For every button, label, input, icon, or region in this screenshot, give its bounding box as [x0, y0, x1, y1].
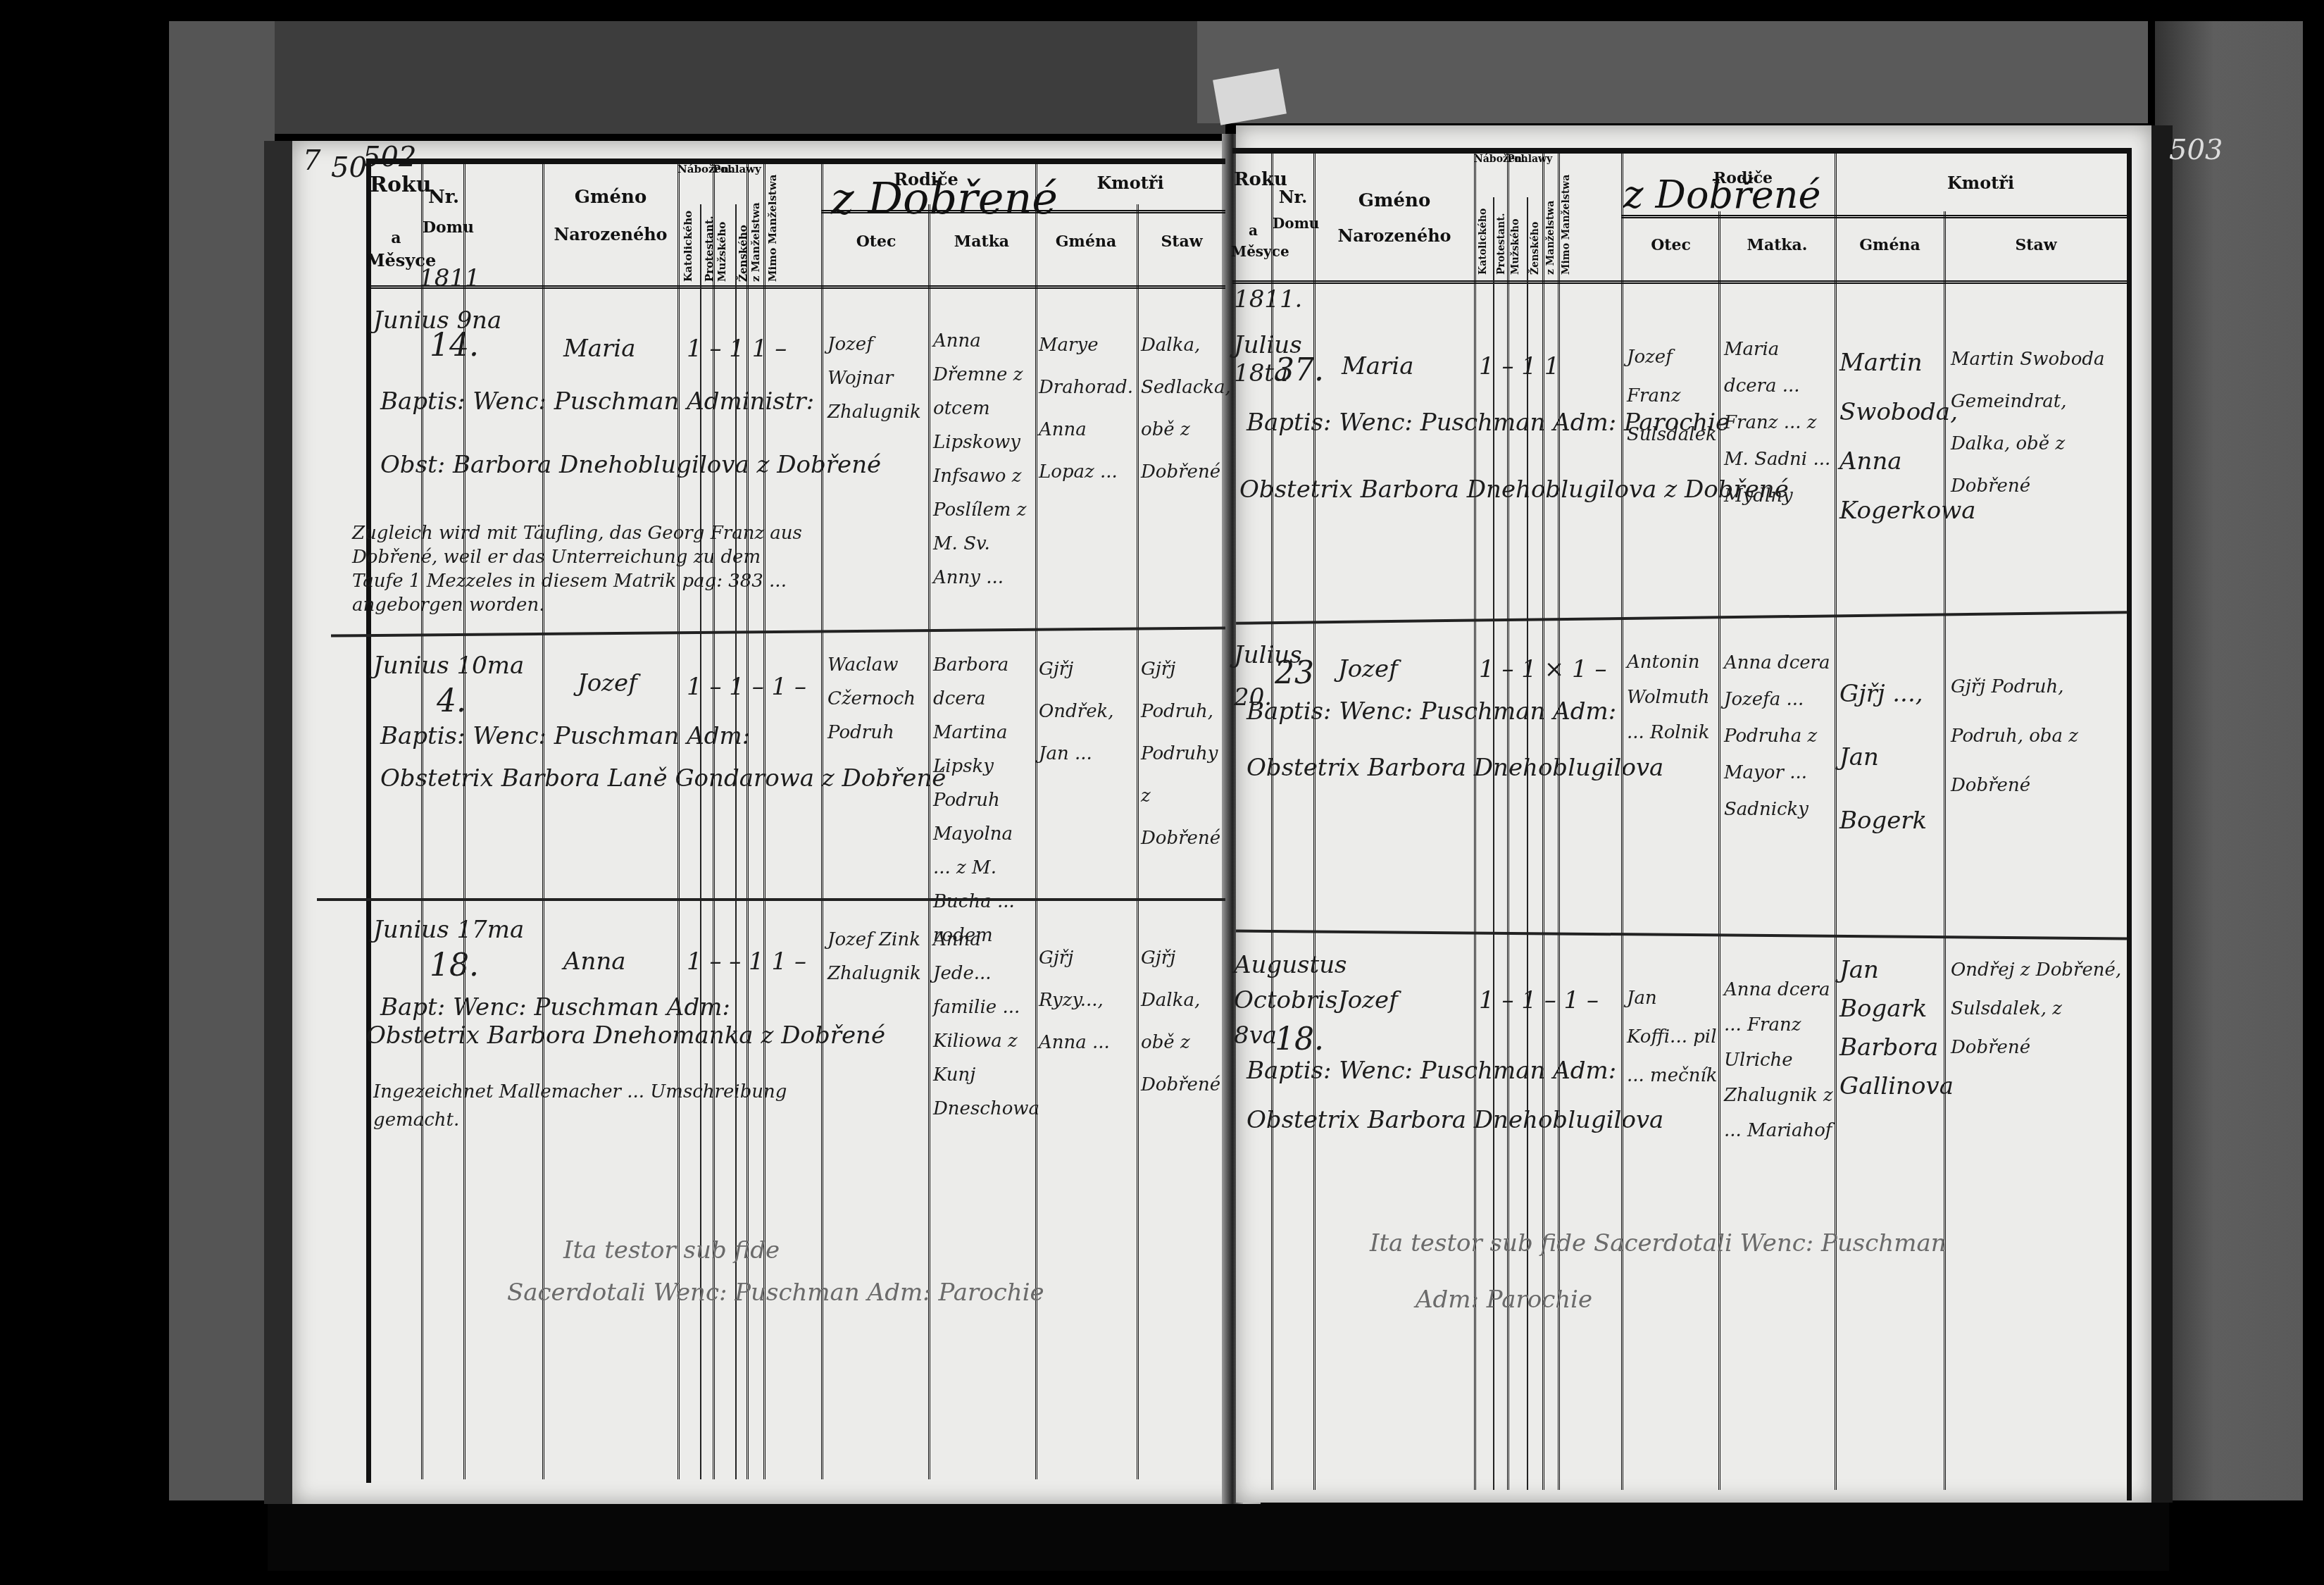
right-frame-line	[2127, 148, 2132, 1500]
header-nr: Nr.	[423, 187, 465, 208]
header-otec: Otec	[1623, 236, 1718, 254]
entry-date: Julius 18ta	[1234, 331, 1273, 387]
entry-name: Anna	[563, 947, 626, 976]
entry-note: Zugleich wird mit Täufling, das Georg Fr…	[352, 521, 803, 617]
header-muzskeho: Mužského	[1510, 204, 1521, 275]
entry-midwife: Obst: Barbora Dnehoblugilova z Dobřené	[380, 451, 881, 479]
entry-mother: Anna Dřemne z otcem Lipskowy Infsawo z P…	[933, 324, 1032, 595]
header-zenskeho: Ženského	[737, 211, 749, 282]
scanner-bed-bottom	[268, 1500, 2169, 1571]
left-frame-line	[366, 158, 371, 1483]
header-pohlawy: Pohlawy	[1507, 154, 1542, 165]
entry-godparents-names: Marye Drahorad. Anna Lopaz ...	[1039, 324, 1134, 493]
header-mesyce: Měsyce	[366, 250, 426, 271]
header-kmotri: Kmotři	[1835, 173, 2127, 193]
entry-date: Junius 10ma	[373, 652, 524, 680]
left-header-top-rule	[368, 158, 1225, 164]
entry-midwife: Obstetrix Barbora Dnehoblugilova z Dobře…	[1239, 475, 1789, 504]
header-staw: Staw	[1138, 232, 1225, 251]
header-gmeno: Gméno	[1315, 190, 1474, 211]
header-protestant: Protestant.	[703, 211, 716, 282]
left-attestation-line-2: Sacerdotali Wenc: Puschman Adm: Parochie	[507, 1279, 1044, 1307]
scanner-bed-top	[275, 21, 1225, 134]
left-attestation-line-1: Ita testor sub fide	[563, 1236, 780, 1264]
entry-baptized-by: Bapt: Wenc: Puschman Adm:	[380, 993, 730, 1021]
header-rodice-handwritten: z Dobřené	[831, 173, 1058, 224]
left-page-number-a: 7	[303, 144, 320, 177]
entry-marks: 1 – 1 1 –	[687, 335, 787, 363]
entry-mother: Maria dcera ... Franz ... z M. Sadni ...…	[1724, 331, 1833, 514]
entry-marks: 1 – 1 – 1 –	[1479, 986, 1599, 1014]
left-header-bottom-rule	[368, 285, 1225, 289]
entry-godparents-names: Gjřj Ryzy..., Anna ...	[1039, 937, 1134, 1064]
entry-house: 18.	[430, 947, 479, 983]
right-attestation-line-2: Adm: Parochie	[1416, 1286, 1592, 1314]
header-nabozen: Nábožen.	[1474, 154, 1507, 165]
left-page-number-b: 50	[331, 151, 367, 184]
col-divider	[1137, 204, 1139, 1479]
entry-midwife: Obstetrix Barbora Laně Gondarowa z Dobře…	[380, 764, 946, 792]
header-mesyce: Měsyce	[1231, 243, 1275, 260]
header-domu: Domu	[1273, 215, 1313, 232]
header-katolickeho: Katolického	[682, 211, 694, 282]
header-roku: Roku	[370, 173, 423, 197]
header-narozeneho: Narozeného	[544, 224, 677, 244]
col-divider	[1835, 151, 1837, 1490]
entry-father: Jozef Franz Sulsdalek	[1627, 338, 1718, 454]
left-year: 1811	[419, 264, 480, 292]
right-header-top-rule	[1232, 148, 2127, 154]
header-rodice-handwritten: z Dobřené	[1623, 173, 1821, 217]
entry-baptized-by: Baptis: Wenc: Puschman Adm:	[1247, 1057, 1616, 1085]
entry-father: Antonin Wolmuth ... Rolnik	[1627, 645, 1718, 750]
right-header-bottom-rule	[1232, 280, 2127, 284]
entry-baptized-by: Baptis: Wenc: Puschman Adm:	[380, 722, 750, 750]
entry-baptized-by: Baptis: Wenc: Puschman Adm:	[1247, 697, 1616, 726]
scanner-bed-top-right	[1197, 21, 2148, 123]
entry-mother: Anna dcera Jozefa ... Podruha z Mayor ..…	[1724, 645, 1833, 828]
col-divider	[1718, 211, 1720, 1490]
entry-father: Jan Koffi... pil ... mečník	[1627, 979, 1718, 1095]
entry-mother: Anna dcera ... Franz Ulriche Zhalugnik z…	[1724, 972, 1833, 1148]
header-muzskeho: Mužského	[716, 211, 728, 282]
entry-marks: 1 – 1 – 1 –	[687, 673, 806, 701]
entry-godparents-names: Jan Bogark Barbora Gallinova	[1839, 951, 1942, 1106]
entry-house: 23	[1275, 655, 1314, 691]
header-mimo-manzelstwa: Mimo Manželstwa	[1561, 162, 1572, 275]
header-z-manzelstwa: z Manželstwa	[749, 183, 762, 282]
header-otec: Otec	[824, 232, 928, 251]
entry-godparents-status: Gjřj Podruh, Podruh, oba z Dobřené	[1951, 662, 2123, 810]
header-domu: Domu	[423, 218, 465, 237]
header-protestant: Protestant.	[1496, 204, 1507, 275]
entry-godparents-names: Martin Swoboda, Anna Kogerkowa	[1839, 338, 1942, 535]
entry-name: Maria	[1342, 352, 1413, 380]
header-zenskeho: Ženského	[1530, 204, 1541, 275]
entry-date: Junius 17ma	[373, 916, 524, 944]
header-narozeneho: Narozeného	[1315, 225, 1474, 246]
entry-name: Jozef	[1338, 986, 1398, 1014]
entry-name: Jozef	[577, 669, 637, 697]
entry-mother: Anna Jede... familie ... Kiliowa z Kunj …	[933, 923, 1032, 1126]
entry-father: Jozef Wojnar Zhalugnik	[827, 328, 926, 429]
header-pohlawy: Pohlawy	[713, 163, 746, 175]
scanner-bed-right	[2155, 21, 2303, 1500]
header-nr: Nr.	[1273, 187, 1313, 207]
scanner-bed-left	[169, 21, 275, 1500]
header-a: a	[370, 229, 423, 247]
entry-godparents-status: Ondřej z Dobřené, Sulsdalek, z Dobřené	[1951, 951, 2123, 1067]
entry-godparents-status: Gjřj Dalka, obě z Dobřené	[1141, 937, 1222, 1106]
header-gmena: Gména	[1037, 232, 1135, 251]
entry-marks: 1 – 1 × 1 –	[1479, 655, 1606, 683]
entry-house: 14.	[430, 328, 479, 363]
entry-godparents-status: Martin Swoboda Gemeindrat, Dalka, obě z …	[1951, 338, 2123, 507]
entry-note: Ingezeichnet Mallemacher ... Umschreibun…	[373, 1078, 810, 1134]
entry-separator	[317, 898, 1225, 901]
entry-name: Maria	[563, 335, 635, 363]
entry-godparents-status: Dalka, Sedlacka, obě z Dobřené	[1141, 324, 1222, 493]
header-gmena: Gména	[1836, 236, 1944, 254]
entry-mother: Barbora dcera Martina Lipsky Podruh Mayo…	[933, 648, 1032, 952]
entry-date: Augustus Octobris 8va	[1234, 947, 1276, 1053]
entry-name: Jozef	[1338, 655, 1398, 683]
entry-marks: 1 – 1 1	[1479, 352, 1559, 380]
right-attestation-line-1: Ita testor sub fide Sacerdotali Wenc: Pu…	[1370, 1229, 1947, 1257]
right-year: 1811.	[1234, 285, 1302, 313]
header-staw: Staw	[1945, 236, 2127, 254]
entry-godparents-names: Gjřj ..., Jan Bogerk	[1839, 662, 1942, 852]
right-page	[1236, 125, 2173, 1503]
header-a: a	[1234, 222, 1273, 239]
entry-midwife: Obstetrix Barbora Dnehoblugilova	[1247, 754, 1663, 782]
header-gmeno: Gméno	[544, 187, 677, 208]
entry-midwife: Obstetrix Barbora Dnehomanka z Dobřené	[366, 1021, 885, 1050]
entry-father: Jozef Zink Zhalugnik	[827, 923, 926, 990]
header-z-manzelstwa: z Manželstwa	[1545, 183, 1556, 275]
entry-father: Waclaw Cžernoch Podruh	[827, 648, 926, 750]
header-mimo-manzelstwa: Mimo Manželstwa	[766, 169, 779, 282]
entry-godparents-names: Gjřj Ondřek, Jan ...	[1039, 648, 1134, 775]
col-divider	[1621, 151, 1623, 1490]
header-katolickeho: Katolického	[1478, 204, 1489, 275]
entry-marks: 1 – – 1 1 –	[687, 947, 806, 976]
header-nabozen: Nábožen.	[677, 163, 713, 175]
entry-godparents-status: Gjřj Podruh, Podruhy z Dobřené	[1141, 648, 1222, 859]
entry-house: 18.	[1275, 1021, 1324, 1057]
entry-house: 37.	[1275, 352, 1324, 388]
header-matka: Matka	[930, 232, 1034, 251]
entry-house: 4.	[437, 683, 466, 719]
right-page-number: 503	[2169, 134, 2223, 166]
col-divider	[421, 162, 423, 1479]
entry-midwife: Obstetrix Barbora Dnehoblugilova	[1247, 1106, 1663, 1134]
header-roku: Roku	[1234, 169, 1273, 190]
entry-baptized-by: Baptis: Wenc: Puschman Administr:	[380, 387, 814, 416]
header-kmotri: Kmotři	[1035, 173, 1225, 193]
header-matka: Matka.	[1720, 236, 1835, 254]
